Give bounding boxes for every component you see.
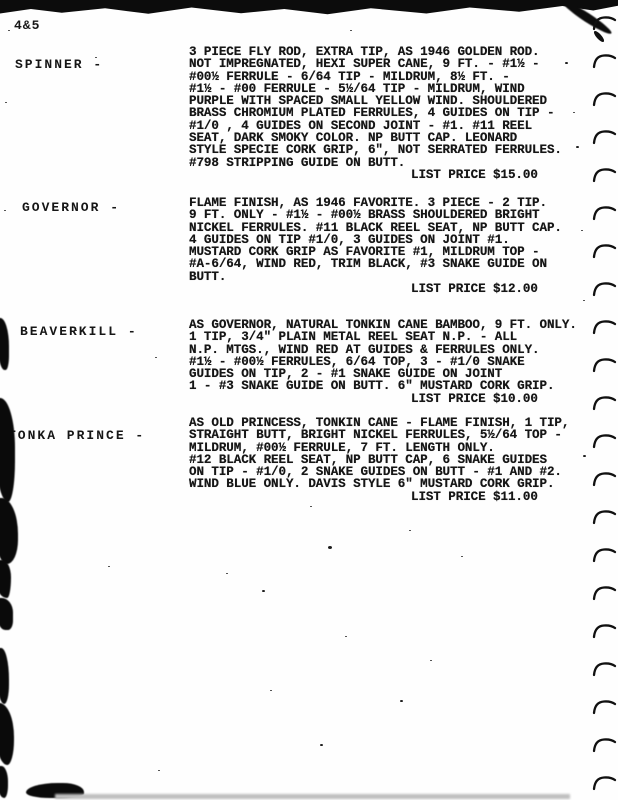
description-line: 1 - #3 SNAKE GUIDE ON BUTT. 6" MUSTARD C… (189, 380, 609, 392)
spiral-binding-hole-mark (591, 584, 617, 606)
spiral-binding-hole-mark (591, 52, 617, 74)
noise-speck (5, 102, 7, 103)
spiral-binding-hole-mark (591, 356, 617, 378)
description-line: BRASS CHROMIUM PLATED FERRULES, 4 GUIDES… (189, 107, 609, 119)
description-line: STRAIGHT BUTT, BRIGHT NICKEL FERRULES, 5… (189, 429, 609, 441)
entry-name: TONKA PRINCE - (8, 428, 145, 443)
scan-edge-smudge (0, 703, 14, 765)
spiral-binding-hole-mark (591, 698, 617, 720)
spiral-binding-hole-mark (591, 204, 617, 226)
list-price: LIST PRICE $15.00 (189, 169, 609, 181)
noise-speck (262, 590, 265, 592)
scan-edge-artifact-top (0, 0, 618, 15)
noise-speck (155, 357, 157, 358)
entry-name: GOVERNOR - (22, 200, 120, 215)
entry-description: FLAME FINISH, AS 1946 FAVORITE. 3 PIECE … (189, 197, 609, 295)
spiral-binding-hole-mark (591, 660, 617, 682)
scan-edge-smudge (0, 648, 9, 704)
list-price: LIST PRICE $12.00 (189, 283, 609, 295)
noise-speck (581, 230, 583, 231)
scan-edge-smudge (0, 318, 9, 370)
page-number: 4&5 (14, 18, 40, 33)
scan-edge-smudge (0, 766, 8, 798)
description-line: 1 TIP, 3/4" PLAIN METAL REEL SEAT N.P. -… (189, 331, 609, 343)
noise-speck (565, 62, 568, 64)
spiral-binding-hole-mark (591, 508, 617, 530)
entry-description: 3 PIECE FLY ROD, EXTRA TIP, AS 1946 GOLD… (189, 46, 609, 181)
noise-speck (320, 744, 323, 746)
scan-edge-artifact-bottom (55, 794, 570, 799)
noise-speck (583, 300, 585, 301)
spiral-binding-hole-mark (591, 774, 617, 796)
noise-speck (350, 30, 352, 31)
noise-speck (108, 566, 110, 567)
noise-speck (328, 546, 332, 549)
spiral-binding-hole-mark (591, 432, 617, 454)
description-line: WIND BLUE ONLY. DAVIS STYLE 6" MUSTARD C… (189, 478, 609, 490)
spiral-binding-hole-mark (591, 736, 617, 758)
list-price: LIST PRICE $10.00 (189, 393, 609, 405)
description-line: STYLE SPECIE CORK GRIP, 6", NOT SERRATED… (189, 144, 609, 156)
scan-edge-smudge (0, 498, 18, 564)
list-price: LIST PRICE $11.00 (189, 491, 609, 503)
spiral-binding-hole-mark (591, 318, 617, 340)
description-line: #A-6/64, WIND RED, TRIM BLACK, #3 SNAKE … (189, 258, 609, 270)
scanned-catalog-page: 4&5 SPINNER - 3 PIECE FLY ROD, EXTRA TIP… (0, 0, 618, 800)
scan-edge-smudge (0, 560, 11, 598)
spiral-binding-hole-mark (591, 394, 617, 416)
noise-speck (310, 506, 312, 507)
spiral-binding-hole-mark (591, 166, 617, 188)
spiral-binding-hole-mark (591, 622, 617, 644)
entry-description: AS OLD PRINCESS, TONKIN CANE - FLAME FIN… (189, 417, 609, 503)
noise-speck (576, 146, 579, 148)
description-line: BUTT. (189, 271, 609, 283)
spiral-binding-hole-mark (591, 14, 617, 36)
noise-speck (409, 530, 411, 531)
spiral-binding-marks (588, 0, 618, 800)
noise-speck (4, 210, 6, 211)
noise-speck (158, 770, 160, 771)
noise-speck (270, 690, 272, 691)
description-line: 9 FT. ONLY - #1½ - #00½ BRASS SHOULDERED… (189, 209, 609, 221)
spiral-binding-hole-mark (591, 242, 617, 264)
noise-speck (345, 636, 347, 637)
spiral-binding-hole-mark (591, 546, 617, 568)
noise-speck (226, 573, 228, 574)
spiral-binding-hole-mark (591, 280, 617, 302)
noise-speck (430, 660, 432, 661)
description-line: NOT IMPREGNATED, HEXI SUPER CANE, 9 FT. … (189, 58, 609, 70)
noise-speck (583, 455, 586, 457)
spiral-binding-hole-mark (591, 470, 617, 492)
entry-name: BEAVERKILL - (20, 324, 138, 339)
noise-speck (400, 700, 403, 702)
noise-speck (8, 30, 10, 31)
spiral-binding-hole-mark (591, 128, 617, 150)
noise-speck (95, 57, 97, 58)
noise-speck (75, 330, 77, 331)
noise-speck (461, 556, 463, 557)
scan-edge-smudge (0, 598, 13, 630)
noise-speck (573, 112, 575, 113)
scan-edge-smudge (0, 398, 15, 502)
entry-description: AS GOVERNOR, NATURAL TONKIN CANE BAMBOO,… (189, 319, 609, 405)
entry-name: SPINNER - (15, 57, 103, 72)
spiral-binding-hole-mark (591, 90, 617, 112)
description-line: #798 STRIPPING GUIDE ON BUTT. (189, 157, 609, 169)
